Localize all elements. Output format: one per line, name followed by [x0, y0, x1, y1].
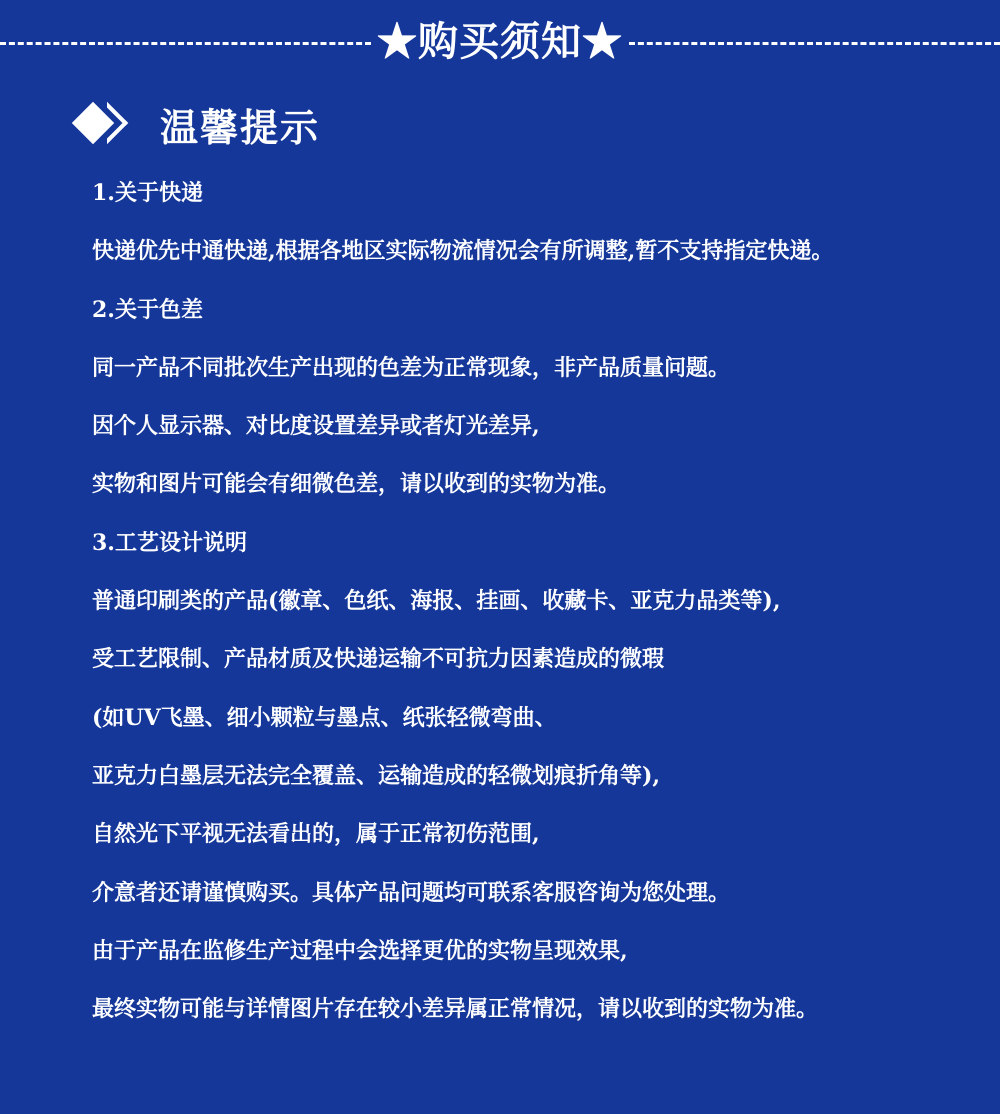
body-text: 受工艺限制、产品材质及快递运输不可抗力因素造成的微瑕: [92, 638, 972, 696]
heading-craft-design: 3.工艺设计说明: [92, 522, 972, 580]
section-title: 温馨提示: [160, 97, 320, 152]
body-text: 实物和图片可能会有细微色差，请以收到的实物为准。: [92, 463, 972, 521]
heading-express: 1.关于快递: [92, 172, 972, 230]
body-text: 普通印刷类的产品(徽章、色纸、海报、挂画、收藏卡、亚克力品类等),: [92, 580, 972, 638]
purchase-notice-banner: ★购买须知★: [0, 14, 1000, 70]
notice-content: 1.关于快递 快递优先中通快递,根据各地区实际物流情况会有所调整,暂不支持指定快…: [92, 172, 972, 1046]
dashed-divider-right: [629, 42, 1000, 45]
body-text: 因个人显示器、对比度设置差异或者灯光差异,: [92, 405, 972, 463]
body-text: 最终实物可能与详情图片存在较小差异属正常情况，请以收到的实物为准。: [92, 988, 972, 1046]
double-diamond-icon: [72, 99, 132, 149]
body-text: 快递优先中通快递,根据各地区实际物流情况会有所调整,暂不支持指定快递。: [92, 230, 972, 288]
section-header: 温馨提示: [72, 96, 320, 152]
dashed-divider-left: [0, 42, 371, 45]
heading-color-difference: 2.关于色差: [92, 289, 972, 347]
body-text: 介意者还请谨慎购买。具体产品问题均可联系客服咨询为您处理。: [92, 872, 972, 930]
body-text: (如UV飞墨、细小颗粒与墨点、纸张轻微弯曲、: [92, 697, 972, 755]
body-text: 由于产品在监修生产过程中会选择更优的实物呈现效果,: [92, 930, 972, 988]
body-text: 亚克力白墨层无法完全覆盖、运输造成的轻微划痕折角等),: [92, 755, 972, 813]
page-title: ★购买须知★: [371, 14, 629, 70]
body-text: 同一产品不同批次生产出现的色差为正常现象，非产品质量问题。: [92, 347, 972, 405]
body-text: 自然光下平视无法看出的，属于正常初伤范围,: [92, 813, 972, 871]
